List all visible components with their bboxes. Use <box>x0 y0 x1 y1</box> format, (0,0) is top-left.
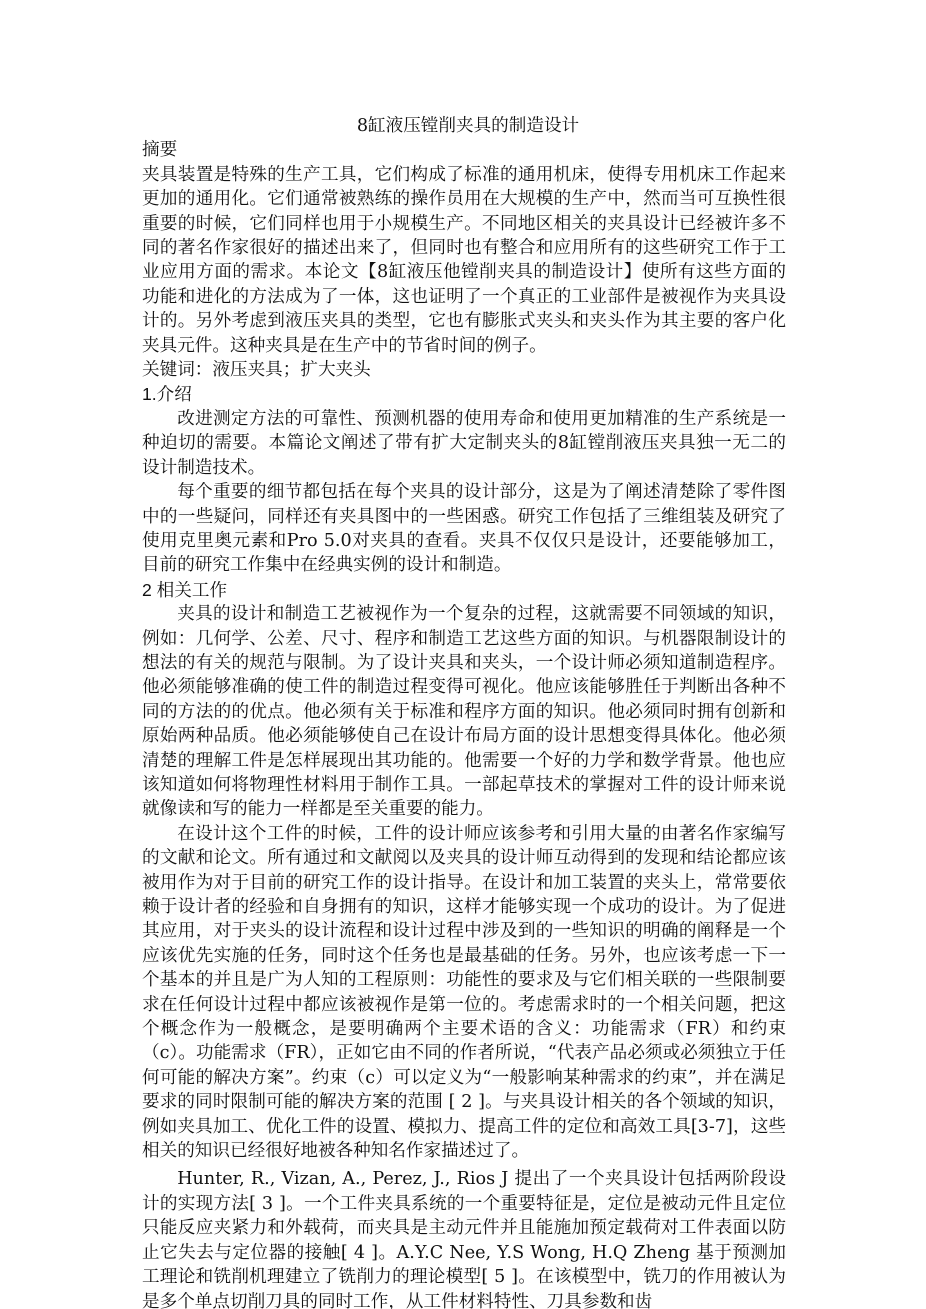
related-work-paragraph-2: 在设计这个工件的时候，工件的设计师应该参考和引用大量的由著名作家编写的文献和论文… <box>142 822 786 1164</box>
keywords: 关键词：液压夹具；扩大夹头 <box>142 358 786 382</box>
intro-paragraph-1: 改进测定方法的可靠性、预测机器的使用寿命和使用更加精准的生产系统是一种迫切的需要… <box>142 407 786 480</box>
related-work-paragraph-3: Hunter, R., Vizan, A., Perez, J., Rios J… <box>142 1167 786 1309</box>
document-page: 8缸液压镗削夹具的制造设计 摘要 夹具装置是特殊的生产工具，它们构成了标准的通用… <box>142 114 786 1309</box>
abstract-heading: 摘要 <box>142 138 786 162</box>
document-title: 8缸液压镗削夹具的制造设计 <box>142 114 786 138</box>
section-heading-related-work: 2 相关工作 <box>142 578 786 602</box>
intro-paragraph-2: 每个重要的细节都包括在每个夹具的设计部分，这是为了阐述清楚除了零件图中的一些疑问… <box>142 480 786 578</box>
abstract-text: 夹具装置是特殊的生产工具，它们构成了标准的通用机床，使得专用机床工作起来更加的通… <box>142 163 786 358</box>
related-work-paragraph-1: 夹具的设计和制造工艺被视作为一个复杂的过程，这就需要不同领域的知识，例如：几何学… <box>142 602 786 822</box>
section-heading-introduction: 1.介绍 <box>142 382 786 406</box>
